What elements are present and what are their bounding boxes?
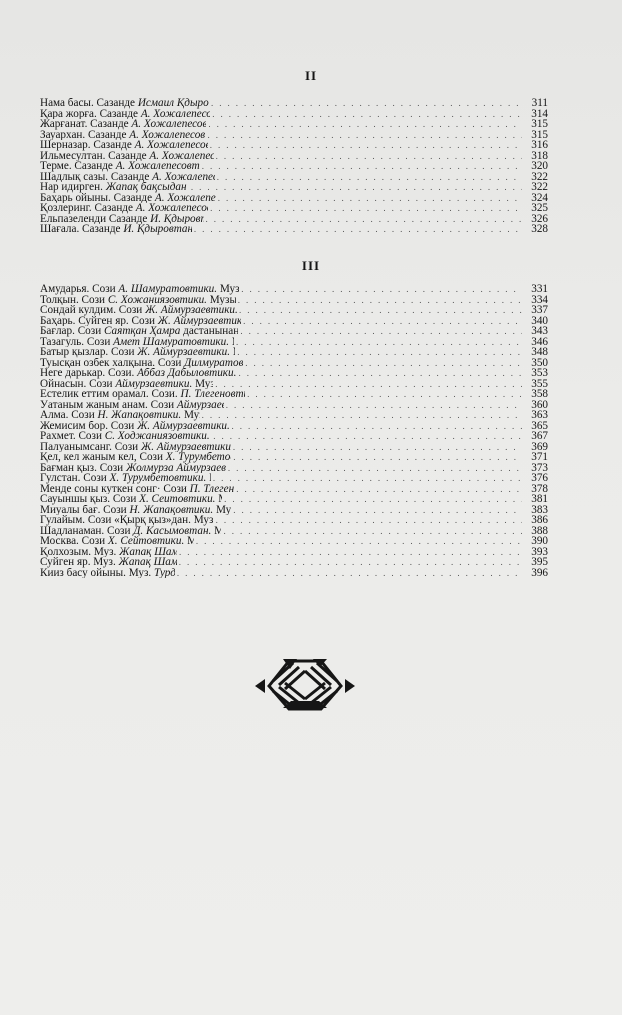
entry-title: Батыр қызлар. Сози Ж. Аймурзаевтики. Муз… (40, 347, 235, 358)
toc-entry: Москва. Сози Х. Сейтовтики. Муз. Қдыровт… (40, 536, 548, 547)
entry-title: Терме. Сазанде А. Хожалепесовтан жазып а… (40, 161, 200, 172)
toc-entry: Нама басы. Сазанде Исмаил Қдыровтан жазы… (40, 98, 548, 109)
toc-entry: Жарғанат. Сазанде А. Хожалепесовтан жазы… (40, 119, 548, 130)
book-page: II Нама басы. Сазанде Исмаил Қдыровтан ж… (0, 0, 622, 1015)
entry-title: Жемисим бор. Сози Ж. Аймурзаевтики. Музы… (40, 421, 229, 432)
entry-title: Сауыншы қыз. Сози Х. Сеитовтики. Муз. А.… (40, 494, 222, 505)
entry-title: Ильмесултан. Сазанде А. Хожалепесовтан ж… (40, 151, 214, 162)
page-number: 343 (524, 326, 548, 337)
toc-entry: Ойнасын. Сози Аймурзаевтики. Муз. Ж. Шам… (40, 379, 548, 390)
section-2-heading: II (0, 68, 622, 84)
dot-leader: ........................................… (206, 214, 522, 225)
toc-entry: Толқын. Сози С. Хожаниязовтики. Музыкасы… (40, 295, 548, 306)
page-number: 376 (524, 473, 548, 484)
dot-leader: ........................................… (233, 442, 522, 453)
entry-title: Алма. Сози Н. Жапақовтики. Муз. А. Халим… (40, 410, 200, 421)
toc-entry: Нар идирген. Жапақ бақсыдан жазып алынға… (40, 182, 548, 193)
toc-entry: Бағлар. Сози Саятқан Ҳамра дастанынан. М… (40, 326, 548, 337)
section-3-heading: III (0, 258, 622, 274)
dot-leader: ........................................… (217, 172, 522, 183)
entry-title: Нама басы. Сазанде Исмаил Қдыровтан жазы… (40, 98, 209, 109)
dot-leader: ........................................… (239, 305, 522, 316)
dot-leader: ........................................… (236, 337, 522, 348)
entry-title: Гулайым. Сози «Қырқ қыз»дан. Муз. А. Хай… (40, 515, 214, 526)
dot-leader: ........................................… (196, 536, 522, 547)
entry-title: Москва. Сози Х. Сейтовтики. Муз. Қдыровт… (40, 536, 194, 547)
toc-entry: Баҳарь ойыны. Сазанде А. Хожалепесовтан … (40, 193, 548, 204)
toc-entry: Менде соны куткен сонг· Сози П. Тлегенов… (40, 484, 548, 495)
entry-title: Уатаным жаным анам. Сози Аймурзаевтики. … (40, 400, 224, 411)
entry-title: Бағлар. Сози Саятқан Ҳамра дастанынан. М… (40, 326, 238, 337)
toc-entry: Баҳарь. Суйген яр. Сози Ж. Аймурзаевтики… (40, 316, 548, 327)
toc-entry: Алма. Сози Н. Жапақовтики. Муз. А. Халим… (40, 410, 548, 421)
page-number: 331 (524, 284, 548, 295)
dot-leader: ........................................… (210, 203, 522, 214)
toc-entry: Қара жорға. Сазанде А. Хожалепесовтан жа… (40, 109, 548, 120)
entry-title: Ойнасын. Сози Аймурзаевтики. Муз. Ж. Шам… (40, 379, 213, 390)
page-number: 353 (524, 368, 548, 379)
entry-title: Қолхозым. Муз. Жапақ Шамуратовтики (40, 547, 177, 558)
entry-title: Нар идирген. Жапақ бақсыдан жазып алынға… (40, 182, 189, 193)
dot-leader: ........................................… (241, 284, 522, 295)
dot-leader: ........................................… (238, 295, 522, 306)
toc-entry: Жемисим бор. Сози Ж. Аймурзаевтики. Музы… (40, 421, 548, 432)
page-number: 395 (524, 557, 548, 568)
entry-title: Неге дарькар. Сози. Аббаз Дабыловтики. М… (40, 368, 236, 379)
toc-entry: Қозлеринг. Сазанде А. Хожалепесовтан жаз… (40, 203, 548, 214)
toc-entry: Ильмесултан. Сазанде А. Хожалепесовтан ж… (40, 151, 548, 162)
entry-title: Шерназар. Сазанде А. Хожалепесовтан жазы… (40, 140, 208, 151)
page-number: 316 (524, 140, 548, 151)
entry-title: Қара жорға. Сазанде А. Хожалепесовтан жа… (40, 109, 210, 120)
entry-title: Амударья. Сози А. Шамуратовтики. Музыкас… (40, 284, 239, 295)
toc-entry: Шадлық сазы. Сазанде А. Хожалепесовтан ж… (40, 172, 548, 183)
page-number: 328 (524, 224, 548, 235)
dot-leader: ........................................… (218, 193, 522, 204)
entry-title: Туысқан озбек халқына. Сози Дилмуратовти… (40, 358, 243, 369)
dot-leader: ........................................… (247, 389, 522, 400)
dot-leader: ........................................… (202, 410, 522, 421)
toc-entry: Амударья. Сози А. Шамуратовтики. Музыкас… (40, 284, 548, 295)
entry-title: Жарғанат. Сазанде А. Хожалепесовтан жазы… (40, 119, 206, 130)
toc-entry: Рахмет. Сози С. Ходжаниязовтики. Муз. А.… (40, 431, 548, 442)
toc-entry: Шағала. Сазанде И. Қдыровтан жазып алынғ… (40, 224, 548, 235)
dot-leader: ........................................… (237, 347, 522, 358)
dot-leader: ........................................… (179, 547, 522, 558)
page-number: 320 (524, 161, 548, 172)
dot-leader: ........................................… (207, 130, 522, 141)
entry-title: Баҳарь ойыны. Сазанде А. Хожалепесовтан … (40, 193, 216, 204)
entry-title: Гулстан. Сози Х. Турумбетовтики. Муз. Ту… (40, 473, 211, 484)
page-number: 358 (524, 389, 548, 400)
dot-leader: ........................................… (208, 119, 522, 130)
entry-title: Естелик еттим орамал. Сози. П. Тлегеновт… (40, 389, 245, 400)
dot-leader: ........................................… (216, 151, 522, 162)
entry-title: Ельпазеленди Сазанде И. Қдыровтан жазып … (40, 214, 204, 225)
page-number: 396 (524, 568, 548, 579)
dot-leader: ........................................… (236, 484, 522, 495)
dot-leader: ........................................… (238, 368, 522, 379)
toc-entry: Миуалы бағ. Сози Н. Жапақовтики. Музыкас… (40, 505, 548, 516)
toc-entry: Палуанымсанг. Сози Ж. Аймурзаевтики. Муз… (40, 442, 548, 453)
entry-title: Зауархан. Сазанде А. Хожалепесовтан жазы… (40, 130, 205, 141)
entry-title: Миуалы бағ. Сози Н. Жапақовтики. Музыкас… (40, 505, 231, 516)
entry-title: Бағман қыз. Сози Жолмурза Аймурзаевтики.… (40, 463, 226, 474)
toc-entry: Гулайым. Сози «Қырқ қыз»дан. Муз. А. Хай… (40, 515, 548, 526)
toc-entry: Кииз басу ойыны. Муз. Турдықуловтики....… (40, 568, 548, 579)
section-3-toc: Амударья. Сози А. Шамуратовтики. Музыкас… (40, 284, 548, 578)
toc-entry: Қел, кел жаным кел, Сози Х. Турумбетовти… (40, 452, 548, 463)
dot-leader: ........................................… (212, 109, 522, 120)
toc-entry: Шадланаман. Сози Д. Касымовтан. Муз. А. … (40, 526, 548, 537)
dot-leader: ........................................… (245, 358, 522, 369)
toc-entry: Тазагуль. Сози Амет Шамуратовтики. Муз. … (40, 337, 548, 348)
dot-leader: ........................................… (223, 526, 522, 537)
toc-entry: Қолхозым. Муз. Жапақ Шамуратовтики......… (40, 547, 548, 558)
page-number: 348 (524, 347, 548, 358)
toc-entry: Батыр қызлар. Сози Ж. Аймурзаевтики. Муз… (40, 347, 548, 358)
dot-leader: ........................................… (213, 431, 522, 442)
page-number: 381 (524, 494, 548, 505)
entry-title: Тазагуль. Сози Амет Шамуратовтики. Муз. … (40, 337, 234, 348)
toc-entry: Терме. Сазанде А. Хожалепесовтан жазып а… (40, 161, 548, 172)
entry-title: Сондай кулдим. Сози Ж. Аймурзаевтики. Му… (40, 305, 237, 316)
page-number: 367 (524, 431, 548, 442)
dot-leader: ........................................… (177, 568, 522, 579)
entry-title: Шадланаман. Сози Д. Касымовтан. Муз. А. … (40, 526, 221, 537)
dot-leader: ........................................… (215, 379, 522, 390)
toc-entry: Ельпазеленди Сазанде И. Қдыровтан жазып … (40, 214, 548, 225)
dot-leader: ........................................… (211, 98, 522, 109)
dot-leader: ........................................… (224, 494, 522, 505)
page-number: 325 (524, 203, 548, 214)
dot-leader: ........................................… (213, 473, 522, 484)
toc-entry: Туысқан озбек халқына. Сози Дилмуратовти… (40, 358, 548, 369)
page-number: 337 (524, 305, 548, 316)
dot-leader: ........................................… (191, 182, 522, 193)
dot-leader: ........................................… (179, 557, 522, 568)
dot-leader: ........................................… (226, 400, 522, 411)
toc-entry: Сауыншы қыз. Сози Х. Сеитовтики. Муз. А.… (40, 494, 548, 505)
toc-entry: Бағман қыз. Сози Жолмурза Аймурзаевтики.… (40, 463, 548, 474)
toc-entry: Зауархан. Сазанде А. Хожалепесовтан жазы… (40, 130, 548, 141)
page-number: 322 (524, 182, 548, 193)
toc-entry: Уатаным жаным анам. Сози Аймурзаевтики. … (40, 400, 548, 411)
dot-leader: ........................................… (210, 140, 522, 151)
dot-leader: ........................................… (233, 505, 522, 516)
entry-title: Рахмет. Сози С. Ходжаниязовтики. Муз. А.… (40, 431, 211, 442)
page-number: 315 (524, 119, 548, 130)
entry-title: Шағала. Сазанде И. Қдыровтан жазып алынғ… (40, 224, 192, 235)
toc-entry: Неге дарькар. Сози. Аббаз Дабыловтики. М… (40, 368, 548, 379)
entry-title: Баҳарь. Суйген яр. Сози Ж. Аймурзаевтики… (40, 316, 241, 327)
dot-leader: ........................................… (194, 224, 522, 235)
dot-leader: ........................................… (216, 515, 522, 526)
section-2-toc: Нама басы. Сазанде Исмаил Қдыровтан жазы… (40, 98, 548, 235)
entry-title: Шадлық сазы. Сазанде А. Хожалепесовтан ж… (40, 172, 215, 183)
page-number: 390 (524, 536, 548, 547)
toc-entry: Шерназар. Сазанде А. Хожалепесовтан жазы… (40, 140, 548, 151)
page-number: 311 (524, 98, 548, 109)
dot-leader: ........................................… (243, 316, 522, 327)
entry-title: Менде соны куткен сонг· Сози П. Тлегенов… (40, 484, 234, 495)
dot-leader: ........................................… (228, 463, 522, 474)
entry-title: Қел, кел жаным кел, Сози Х. Турумбетовти… (40, 452, 231, 463)
dot-leader: ........................................… (240, 326, 522, 337)
dot-leader: ........................................… (231, 421, 522, 432)
page-number: 371 (524, 452, 548, 463)
entry-title: Кииз басу ойыны. Муз. Турдықуловтики (40, 568, 175, 579)
entry-title: Толқын. Сози С. Хожаниязовтики. Музыкасы… (40, 295, 236, 306)
karakalpak-ornament-icon (255, 651, 355, 711)
toc-entry: Суйген яр. Муз. Жапақ Шамуратовтики.....… (40, 557, 548, 568)
toc-entry: Сондай кулдим. Сози Ж. Аймурзаевтики. Му… (40, 305, 548, 316)
entry-title: Палуанымсанг. Сози Ж. Аймурзаевтики. Муз… (40, 442, 231, 453)
page-number: 386 (524, 515, 548, 526)
dot-leader: ........................................… (202, 161, 522, 172)
toc-entry: Естелик еттим орамал. Сози. П. Тлегеновт… (40, 389, 548, 400)
entry-title: Қозлеринг. Сазанде А. Хожалепесовтан жаз… (40, 203, 208, 214)
dot-leader: ........................................… (233, 452, 522, 463)
toc-entry: Гулстан. Сози Х. Турумбетовтики. Муз. Ту… (40, 473, 548, 484)
entry-title: Суйген яр. Муз. Жапақ Шамуратовтики (40, 557, 177, 568)
page-number: 363 (524, 410, 548, 421)
